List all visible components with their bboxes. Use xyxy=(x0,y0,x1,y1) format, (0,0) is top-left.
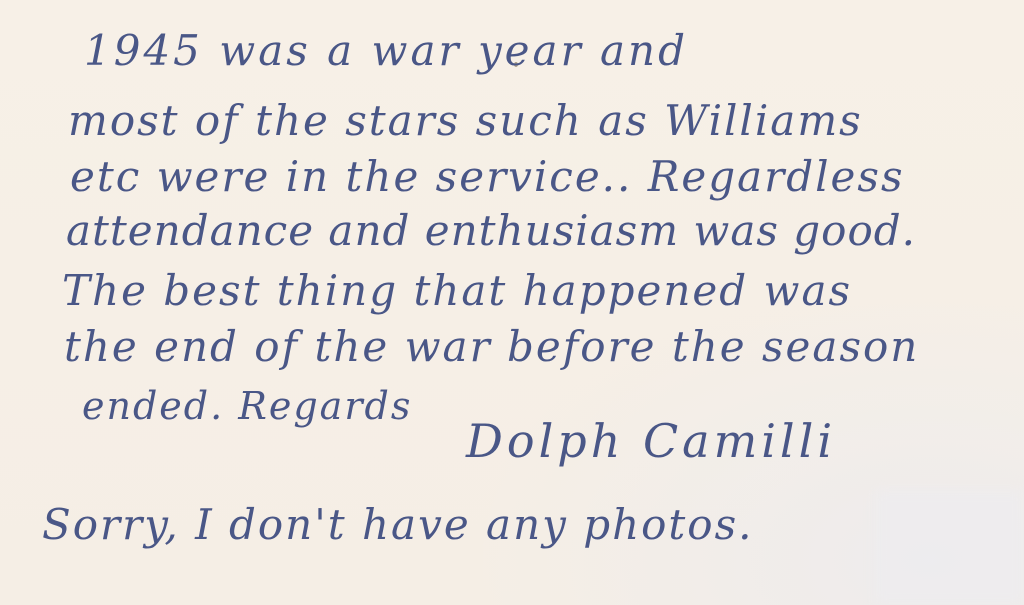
note-line-2: most of the stars such as Williams xyxy=(68,96,863,145)
postscript: Sorry, I don't have any photos. xyxy=(42,500,753,549)
note-line-1: 1945 was a war year and xyxy=(84,26,688,75)
note-line-6: the end of the war before the season xyxy=(64,322,919,371)
signature: Dolph Camilli xyxy=(466,414,836,468)
note-line-3: etc were in the service.. Regardless xyxy=(70,152,905,201)
paper-shadow xyxy=(875,490,1024,605)
note-line-4: attendance and enthusiasm was good. xyxy=(66,206,916,255)
note-line-7: ended. Regards xyxy=(82,384,412,428)
note-line-5: The best thing that happened was xyxy=(62,266,852,315)
